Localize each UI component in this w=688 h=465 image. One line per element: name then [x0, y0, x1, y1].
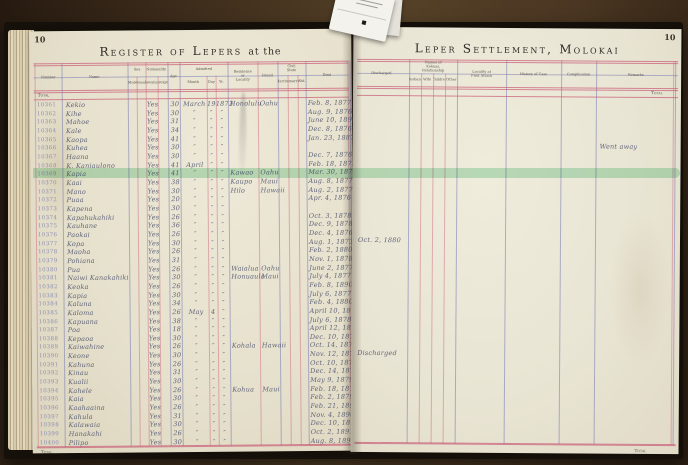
- cell-name: Puaa: [67, 196, 84, 204]
- column-rule: [407, 59, 411, 443]
- cell-month: May: [184, 308, 209, 316]
- column-header-label: Married: [278, 80, 288, 84]
- cell-age: 31: [172, 369, 182, 377]
- cell-num: 10397: [40, 414, 60, 420]
- cell-age: 30: [172, 351, 182, 359]
- column-header: Nationality: [145, 63, 167, 76]
- cell-died: Dec. 7, 1876: [308, 151, 352, 159]
- column-header: Wid.: [298, 75, 306, 88]
- cell-name: Mahoe: [66, 118, 90, 126]
- cell-died: Feb. 8, 1877: [308, 99, 352, 107]
- cell-month: ″: [182, 117, 207, 125]
- cell-name: Kahuna: [68, 361, 94, 369]
- column-rule: [419, 73, 423, 443]
- cell-island: Hawaii: [261, 186, 285, 194]
- cell-day: ″: [209, 334, 218, 342]
- cell-age: 26: [171, 265, 181, 273]
- cell-died: July 4, 1877: [309, 272, 351, 280]
- cell-num: 10390: [39, 353, 59, 359]
- cell-yr: ″: [217, 290, 229, 298]
- cell-died: Feb. 4, 1880: [310, 298, 354, 306]
- cell-day: ″: [207, 134, 216, 142]
- cell-died: Apr. 4, 1876: [309, 194, 352, 202]
- cell-haw: Yes: [149, 369, 160, 377]
- cell-yr: ″: [216, 152, 228, 160]
- cell-day: ″: [209, 342, 218, 350]
- cell-locality: Hilo: [231, 186, 246, 194]
- cell-age: 34: [170, 126, 180, 134]
- cell-month: ″: [184, 351, 209, 359]
- cell-age: 34: [172, 299, 182, 307]
- cell-name: Keone: [68, 352, 90, 360]
- cell-island: Oahu: [260, 99, 278, 107]
- cell-died: Dec. 9, 1878: [309, 220, 353, 228]
- cell-haw: Yes: [147, 118, 158, 126]
- cell-haw: Yes: [148, 213, 159, 221]
- cell-name: Kaiwahine: [68, 343, 104, 351]
- column-header: Other: [445, 74, 457, 87]
- cell-died: Aug. 2, 1877: [309, 185, 353, 193]
- column-header-label: Sex: [133, 68, 139, 72]
- cell-age: 26: [172, 343, 182, 351]
- cell-num: 10380: [38, 267, 58, 273]
- cell-name: Kaia: [68, 395, 84, 403]
- cell-age: 30: [171, 187, 181, 195]
- cell-num: 10378: [38, 249, 58, 255]
- cell-haw: Yes: [149, 308, 160, 316]
- column-header: Locality at First Attack: [457, 61, 506, 87]
- cell-yr: ″: [218, 377, 230, 385]
- column-header-label: Yr.: [219, 80, 224, 84]
- cell-month: ″: [183, 221, 208, 229]
- tag-mark: [362, 20, 367, 25]
- cell-num: 10382: [38, 284, 58, 290]
- cell-month: ″: [182, 143, 207, 151]
- cell-locality: Honolulu: [230, 99, 262, 107]
- cell-yr: ″: [218, 325, 230, 333]
- column-header-label: Names of Kokuas, Relationship: [421, 61, 445, 73]
- cell-name: Kaahaaina: [68, 404, 105, 412]
- cell-locality: Honuaula: [231, 273, 265, 281]
- cell-died: Feb. 18, 1873: [308, 159, 356, 167]
- cell-age: 38: [172, 317, 182, 325]
- cell-name: Kopa: [67, 239, 85, 247]
- column-header-label: Nationality: [147, 68, 167, 72]
- cell-age: 31: [172, 412, 182, 420]
- column-header: Residence or Locality: [227, 62, 257, 88]
- cell-month: ″: [184, 386, 209, 394]
- cell-num: 10399: [40, 431, 60, 437]
- cell-name: Paokai: [67, 231, 90, 239]
- cell-yr: 1873: [216, 100, 228, 108]
- cell-locality: Kohua: [232, 385, 254, 393]
- cell-month: ″: [182, 109, 207, 117]
- cell-month: ″: [183, 264, 208, 272]
- cell-name: Kapuana: [68, 317, 98, 325]
- cell-month: ″: [184, 325, 209, 333]
- cell-haw: Yes: [147, 126, 158, 134]
- cell-haw: Yes: [149, 351, 160, 359]
- cell-died: Feb. 2, 1880: [309, 246, 353, 254]
- cell-name: Kahula: [68, 413, 92, 421]
- cell-yr: ″: [217, 212, 229, 220]
- page-number-right: 10: [664, 32, 675, 42]
- cell-num: 10383: [38, 293, 58, 299]
- cell-yr: ″: [219, 429, 231, 437]
- cell-num: 10400: [40, 440, 60, 446]
- column-header: Married: [278, 75, 288, 88]
- cell-day: ″: [210, 438, 219, 446]
- cell-day: ″: [209, 351, 218, 359]
- cell-num: 10387: [39, 327, 59, 333]
- right-page: 10 Leper Settlement, Molokai Total Total…: [351, 27, 682, 454]
- cell-name: Mano: [67, 188, 87, 196]
- cell-name: Maoha: [67, 248, 91, 256]
- cell-day: ″: [208, 282, 217, 290]
- cell-day: ″: [209, 316, 218, 324]
- cell-name: Kalawaia: [69, 421, 101, 429]
- cell-age: 30: [170, 143, 180, 151]
- column-header: Island: [257, 62, 277, 88]
- note-discharged: Oct. 2, 1880: [358, 236, 401, 244]
- cell-haw: Yes: [148, 196, 159, 204]
- column-header-label: Other: [446, 78, 456, 82]
- cell-day: ″: [208, 212, 217, 220]
- cell-name: Kihe: [66, 110, 82, 118]
- cell-yr: ″: [218, 403, 230, 411]
- cell-haw: Yes: [149, 386, 160, 394]
- cell-age: 26: [173, 429, 183, 437]
- cell-num: 10388: [39, 336, 59, 342]
- cell-month: ″: [185, 429, 210, 437]
- column-header-label: Remarks: [628, 73, 644, 77]
- cell-day: ″: [207, 178, 216, 186]
- cell-island: Maui: [260, 177, 278, 185]
- column-header: Husband: [409, 73, 421, 86]
- cell-haw: Yes: [148, 282, 159, 290]
- cell-died: July 6, 1877: [309, 289, 351, 297]
- cell-haw: Yes: [149, 403, 160, 411]
- column-header-label: Residence or Locality: [233, 69, 251, 81]
- cell-num: 10385: [39, 310, 59, 316]
- cell-haw: Yes: [148, 265, 159, 273]
- cell-age: 30: [170, 100, 180, 108]
- cell-age: 31: [170, 117, 180, 125]
- cell-age: 30: [171, 204, 181, 212]
- cell-num: 10366: [37, 145, 57, 151]
- cell-haw: Yes: [149, 360, 160, 368]
- column-header: Male: [128, 76, 137, 89]
- cell-month: ″: [183, 212, 208, 220]
- cell-name: Pohiana: [67, 257, 95, 265]
- cell-month: ″: [183, 204, 208, 212]
- column-header-label: History of Case: [520, 72, 547, 76]
- cell-name: Kaloma: [68, 309, 94, 317]
- cell-yr: ″: [216, 178, 228, 186]
- cell-died: Aug. 1, 1873: [309, 237, 353, 245]
- column-header: History of Case: [506, 61, 561, 87]
- column-header: Names of Kokuas, Relationship: [409, 60, 457, 73]
- column-header: Age: [167, 63, 179, 89]
- cell-yr: ″: [218, 359, 230, 367]
- column-header-label: Unmarried: [288, 80, 298, 84]
- column-header-label: Died: [322, 73, 330, 77]
- cell-yr: ″: [217, 230, 229, 238]
- note-remarks: Went away: [600, 142, 638, 150]
- cell-yr: ″: [217, 264, 229, 272]
- cell-yr: ″: [219, 420, 231, 428]
- cell-age: 30: [172, 377, 182, 385]
- cell-yr: ″: [218, 342, 230, 350]
- column-header-label: Island: [262, 73, 273, 77]
- cell-num: 10398: [40, 423, 60, 429]
- cell-day: ″: [209, 412, 218, 420]
- cell-haw: Yes: [149, 317, 160, 325]
- cell-day: ″: [207, 108, 216, 116]
- cell-haw: Yes: [149, 343, 160, 351]
- cell-month: ″: [183, 290, 208, 298]
- cell-num: 10389: [39, 345, 59, 351]
- cell-month: ″: [184, 342, 209, 350]
- cell-month: ″: [185, 420, 210, 428]
- cell-day: ″: [208, 256, 217, 264]
- column-header: Female: [137, 76, 146, 89]
- cell-day: ″: [210, 420, 219, 428]
- cell-name: Kaluna: [68, 300, 92, 308]
- cell-haw: Yes: [148, 273, 159, 281]
- cell-haw: Yes: [148, 230, 159, 238]
- cell-num: 10370: [37, 180, 57, 186]
- cell-age: 30: [173, 420, 183, 428]
- cell-age: 26: [172, 308, 182, 316]
- column-header: Sex: [127, 63, 145, 76]
- column-header: Month: [180, 76, 207, 89]
- cell-age: 30: [172, 395, 182, 403]
- cell-yr: ″: [217, 282, 229, 290]
- cell-day: ″: [209, 368, 218, 376]
- cell-yr: ″: [217, 256, 229, 264]
- cell-month: ″: [183, 238, 208, 246]
- cell-day: ″: [208, 221, 217, 229]
- cell-month: ″: [183, 256, 208, 264]
- cell-haw: Yes: [149, 395, 160, 403]
- cell-num: 10371: [38, 189, 58, 195]
- cell-num: 10392: [39, 371, 59, 377]
- cell-age: 26: [171, 213, 181, 221]
- cell-day: ″: [209, 360, 218, 368]
- cell-island: Oahu: [261, 264, 279, 272]
- cell-age: 36: [171, 221, 181, 229]
- column-header: Admitted: [179, 63, 227, 76]
- cell-day: 19: [207, 100, 216, 108]
- cell-haw: Yes: [148, 187, 159, 195]
- cell-yr: ″: [218, 411, 230, 419]
- right-page-title: Leper Settlement, Molokai: [353, 41, 681, 57]
- cell-num: 10395: [39, 397, 59, 403]
- total-label-bottom-right: Total: [635, 448, 647, 453]
- row-rule: [357, 95, 678, 98]
- cell-haw: Yes: [149, 412, 160, 420]
- cell-day: ″: [208, 204, 217, 212]
- cell-name: Kahele: [68, 387, 92, 395]
- total-label-top-right: Total: [651, 90, 663, 95]
- cell-island: Maui: [261, 272, 279, 280]
- cell-haw: Yes: [150, 421, 161, 429]
- cell-day: ″: [208, 247, 217, 255]
- cell-age: 38: [170, 178, 180, 186]
- column-header: Unmarried: [288, 75, 298, 88]
- cell-num: 10376: [38, 232, 58, 238]
- cell-num: 10365: [37, 137, 57, 143]
- cell-died: Feb. 2, 1879: [310, 393, 354, 401]
- column-header-label: Month: [187, 80, 199, 84]
- cell-month: ″: [184, 360, 209, 368]
- column-header-label: Age: [170, 74, 177, 78]
- cell-yr: ″: [216, 108, 228, 116]
- cell-yr: ″: [218, 351, 230, 359]
- cell-num: 10362: [37, 111, 57, 117]
- cell-died: Dec. 8, 1876: [308, 125, 352, 133]
- column-rule: [431, 73, 435, 443]
- cell-yr: ″: [216, 134, 228, 142]
- cell-haw: Yes: [149, 299, 160, 307]
- column-header-label: Husband: [409, 78, 421, 82]
- cell-month: ″: [182, 126, 207, 134]
- cell-num: 10379: [38, 258, 58, 264]
- cell-haw: Yes: [149, 377, 160, 385]
- cell-haw: Yes: [150, 438, 161, 446]
- cell-age: 26: [171, 247, 181, 255]
- cell-yr: ″: [217, 221, 229, 229]
- cell-day: ″: [208, 290, 217, 298]
- cell-name: Kapia: [67, 291, 87, 299]
- cell-age: 30: [173, 438, 183, 446]
- column-rule: [559, 60, 563, 444]
- cell-age: 30: [172, 334, 182, 342]
- column-rule: [594, 61, 598, 445]
- cell-month: ″: [183, 230, 208, 238]
- cell-island: Maui: [262, 385, 280, 393]
- cell-num: 10393: [39, 379, 59, 385]
- cell-age: 30: [170, 109, 180, 117]
- cell-age: 26: [172, 360, 182, 368]
- cell-num: 10384: [39, 301, 59, 307]
- cell-died: Oct. 2, 1891: [311, 428, 354, 436]
- cell-month: ″: [184, 377, 209, 385]
- cell-num: 10386: [39, 319, 59, 325]
- cell-month: ″: [184, 403, 209, 411]
- cell-month: ″: [182, 134, 207, 142]
- cell-num: 10373: [38, 206, 58, 212]
- cell-died: Aug. 8, 1877: [308, 177, 352, 185]
- cell-yr: ″: [216, 117, 228, 125]
- cell-haw: Yes: [150, 429, 161, 437]
- cell-haw: Yes: [148, 248, 159, 256]
- column-header-label: Wid.: [298, 79, 306, 83]
- cell-month: ″: [185, 438, 210, 446]
- cell-yr: ″: [219, 437, 231, 445]
- column-rule: [455, 60, 459, 444]
- cell-haw: Yes: [148, 291, 159, 299]
- column-header: Died: [305, 62, 347, 88]
- cell-died: Nov. 4, 1890: [310, 410, 354, 418]
- column-header: Wife: [421, 73, 433, 86]
- cell-yr: ″: [217, 195, 229, 203]
- column-rule: [504, 60, 508, 444]
- column-header: Discharged: [353, 60, 409, 86]
- cell-num: 10367: [37, 154, 57, 160]
- column-header: Number: [34, 64, 61, 90]
- cell-name: Keoka: [67, 283, 88, 291]
- tag-divider: [337, 8, 386, 20]
- cell-name: Kaai: [66, 179, 82, 187]
- cell-died: Dec. 4, 1876: [309, 228, 353, 236]
- cell-name: Pua: [67, 266, 80, 274]
- cell-name: Kaopa: [66, 136, 88, 144]
- cell-haw: Yes: [149, 325, 160, 333]
- cell-yr: ″: [218, 394, 230, 402]
- cell-month: ″: [184, 394, 209, 402]
- column-header: Name: [61, 64, 127, 91]
- total-label-top-left: Total: [38, 93, 50, 98]
- cell-locality: Waialua: [231, 264, 259, 272]
- cell-day: ″: [209, 403, 218, 411]
- cell-age: 31: [171, 256, 181, 264]
- column-header-label: Male: [128, 81, 137, 85]
- note-discharged: Discharged: [357, 349, 397, 357]
- cell-died: June 10, 1890: [308, 116, 357, 124]
- cell-day: ″: [208, 230, 217, 238]
- column-header-label: Number: [41, 75, 56, 79]
- column-header-label: Name: [89, 75, 100, 79]
- column-header-label: Children: [433, 78, 445, 82]
- cell-day: ″: [209, 377, 218, 385]
- cell-name: Kale: [66, 127, 82, 135]
- cell-died: Jan. 23, 1887: [308, 133, 354, 141]
- cell-day: ″: [209, 299, 218, 307]
- cell-month: ″: [184, 299, 209, 307]
- cell-month: ″: [183, 273, 208, 281]
- column-header-label: Discharged: [371, 71, 391, 75]
- cell-haw: Yes: [147, 135, 158, 143]
- left-title-tail: at the: [248, 46, 281, 57]
- cell-yr: ″: [217, 204, 229, 212]
- cell-haw: Yes: [147, 144, 158, 152]
- column-header: Civil State: [277, 62, 305, 75]
- column-header-label: Wife: [423, 78, 431, 82]
- cell-died: Aug. 8, 1891: [311, 436, 355, 444]
- cell-num: 10396: [39, 405, 59, 411]
- cell-day: ″: [208, 273, 217, 281]
- column-header: Complication: [561, 61, 596, 87]
- cell-name: Pilipo: [69, 439, 89, 447]
- cell-haw: Yes: [147, 178, 158, 186]
- cell-day: ″: [209, 325, 218, 333]
- cell-haw: Yes: [148, 239, 159, 247]
- cell-num: 10372: [38, 197, 58, 203]
- cell-name: Kepaoa: [68, 335, 94, 343]
- column-header-label: Civil State: [284, 65, 298, 73]
- cell-died: May 9, 1879: [310, 376, 353, 384]
- cell-month: ″: [184, 368, 209, 376]
- cell-age: 18: [172, 325, 182, 333]
- column-header: Day: [207, 76, 216, 89]
- column-header: Foreigner: [158, 76, 168, 89]
- cell-num: 10377: [38, 241, 58, 247]
- cell-yr: ″: [218, 316, 230, 324]
- left-page-title: Register of Lepers at the: [29, 43, 351, 60]
- cell-haw: Yes: [148, 256, 159, 264]
